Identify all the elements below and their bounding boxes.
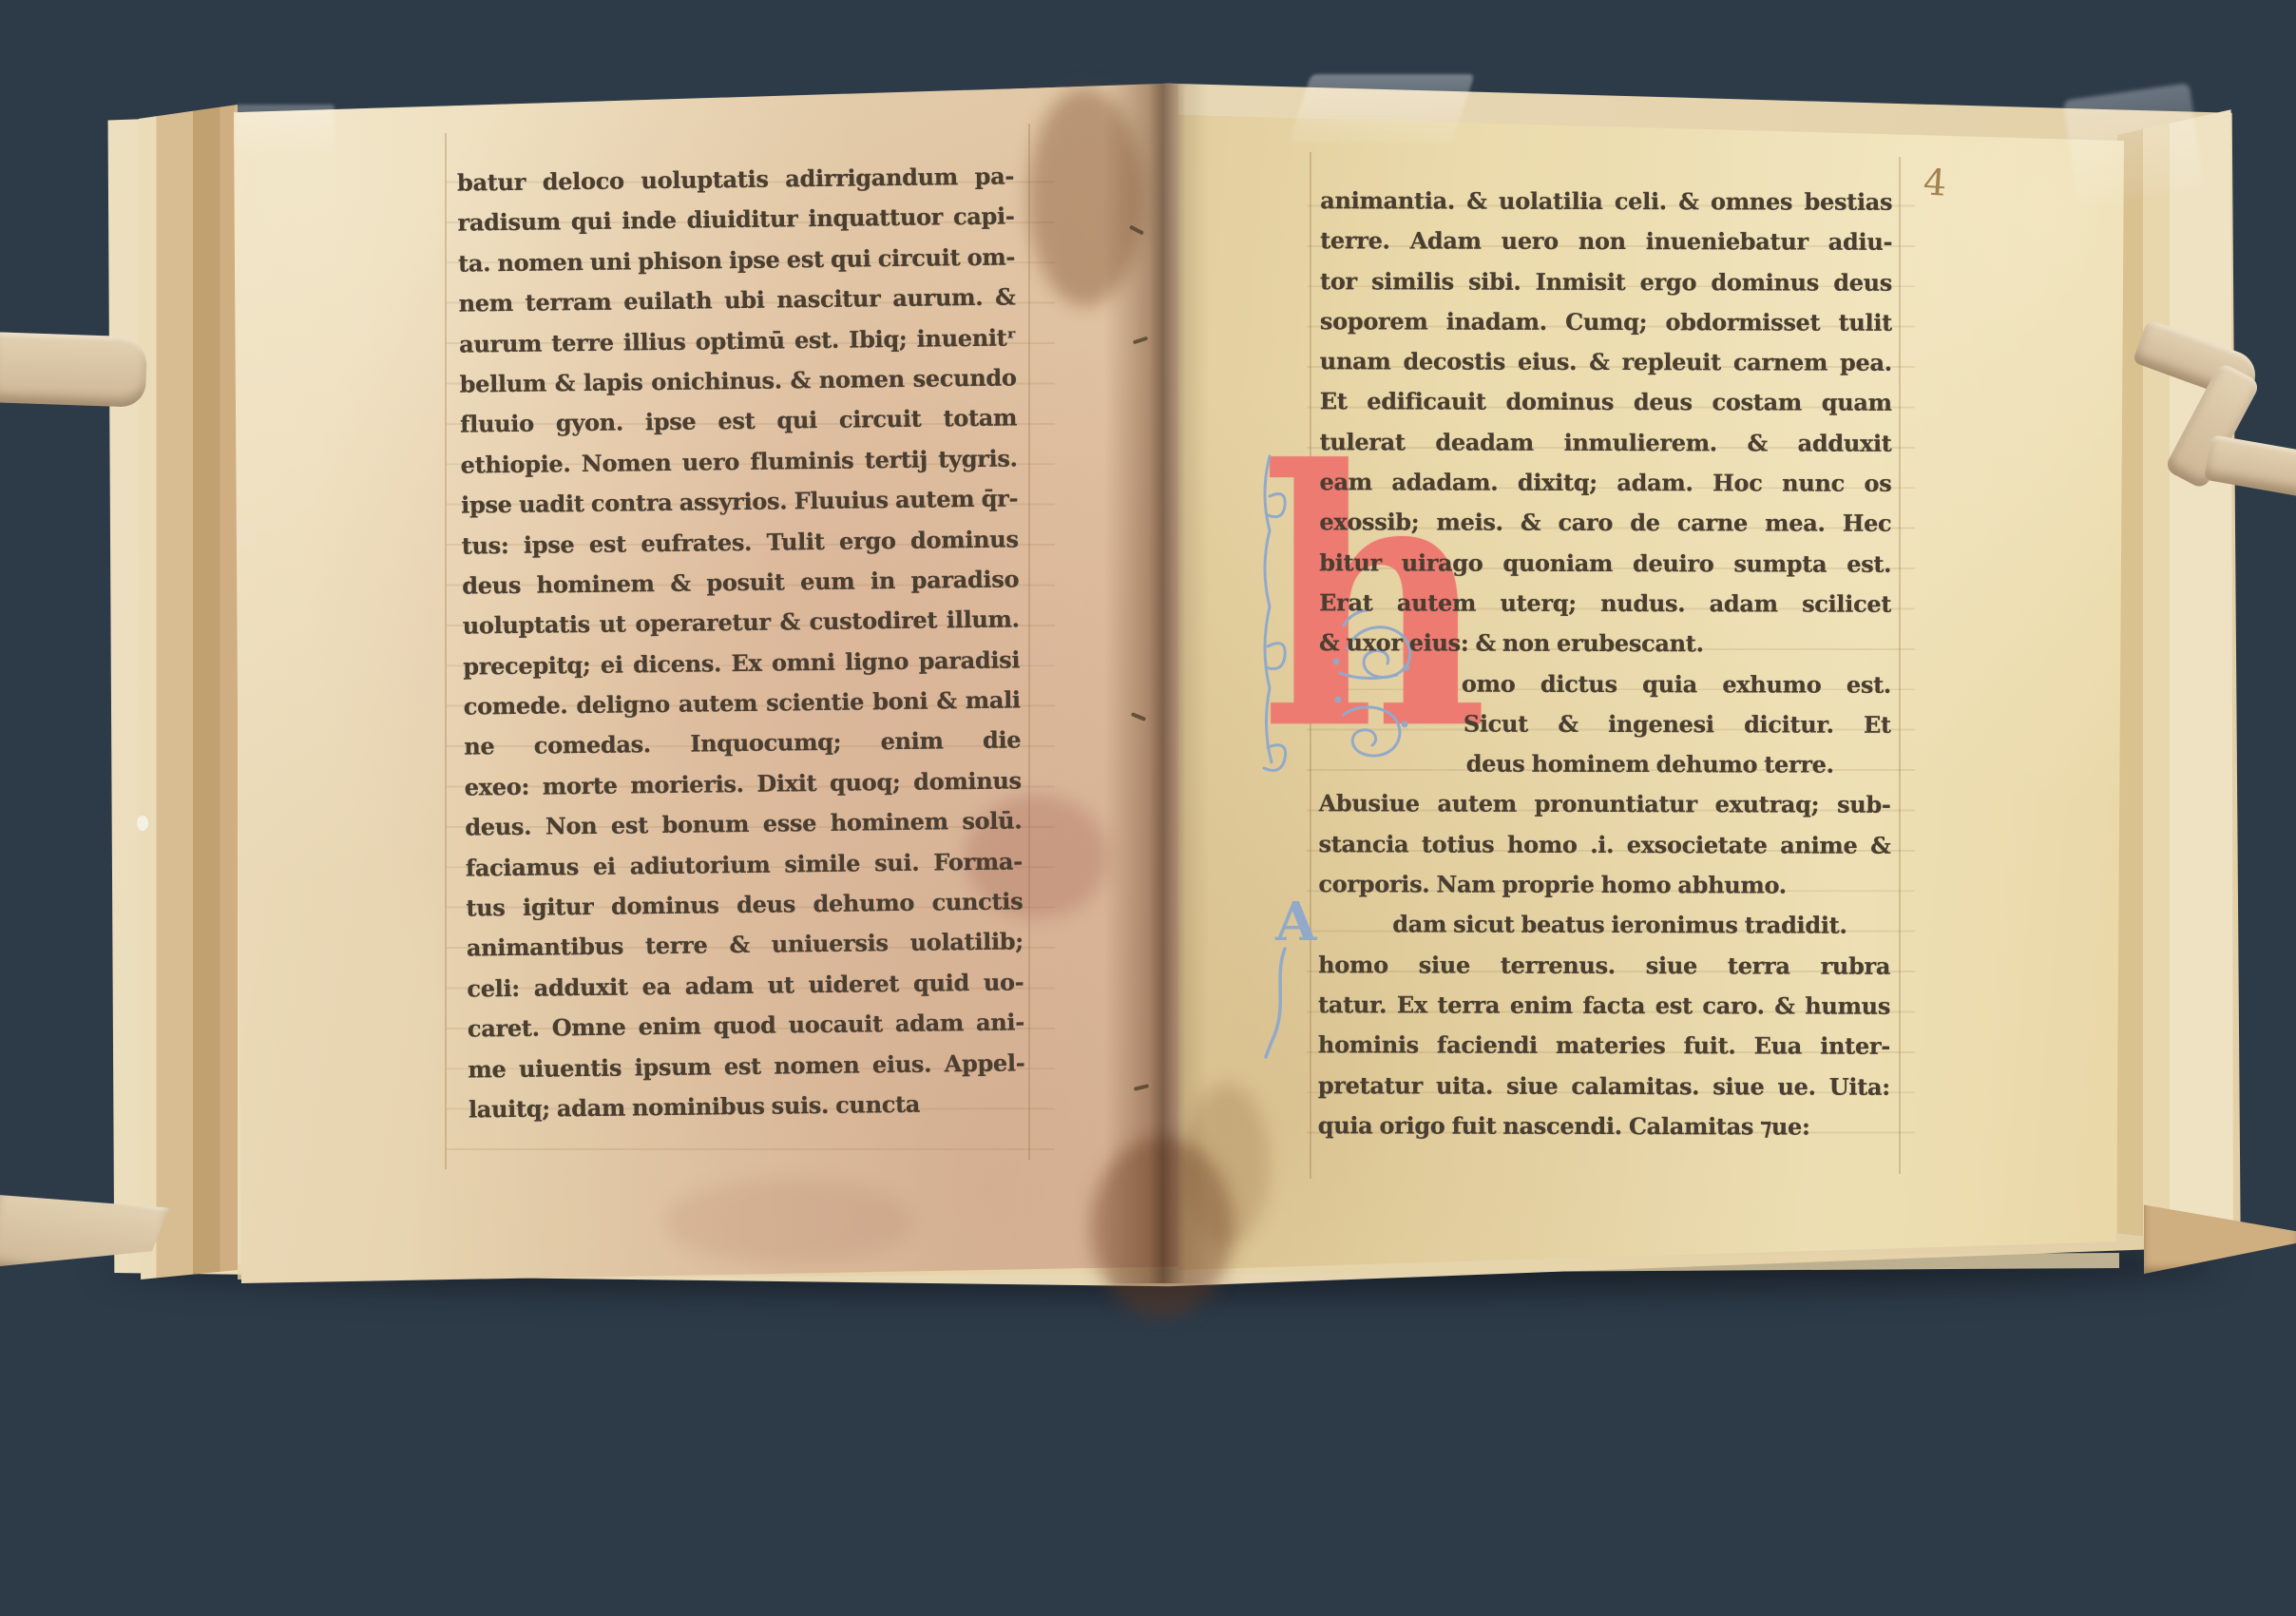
text-line: soporem inadam. Cumq; obdormisset tulit (1320, 301, 1892, 343)
text-line: lauitq; adam nominibus suis. cuncta (469, 1083, 1025, 1130)
text-line: tulerat deadam inmulierem. & adduxit (1320, 422, 1892, 464)
margin-line (1899, 157, 1901, 1174)
text-line: terre. Adam uero non inueniebatur adiu- (1320, 221, 1892, 263)
text-line: caret. Omne enim quod uocauit adam ani- (468, 1003, 1024, 1050)
text-line: batur deloco uoluptatis adirrigandum pa- (457, 156, 1014, 203)
text-line: ta. nomen uni phison ipse est qui circui… (458, 237, 1015, 284)
page-edge-spot (137, 816, 148, 831)
margin-line (1028, 124, 1030, 1160)
binding-strap-top-left (0, 332, 147, 408)
text-line: bitur uirago quoniam deuiro sumpta est. (1319, 543, 1891, 585)
text-line: stancia totius homo .i. exsocietate anim… (1318, 824, 1890, 866)
text-line: exeo: morte morieris. Dixit quoq; dominu… (465, 760, 1022, 808)
text-line: comede. deligno autem scientie boni & ma… (464, 680, 1021, 727)
text-line: Sicut & ingenesi dicitur. Et creauit (1464, 703, 1891, 744)
text-line: precepitq; ei dicens. Ex omni ligno para… (463, 640, 1020, 687)
text-line: nem terram euilath ubi nascitur aurum. & (458, 278, 1015, 325)
text-line: uoluptatis ut operaretur & custodiret il… (463, 600, 1020, 647)
manuscript-photo: 4 h A batur deloco uoluptatis adirrigand… (0, 0, 2296, 1616)
text-line: bellum & lapis onichinus. & nomen secund… (459, 357, 1016, 405)
text-line: tatur. Ex terra enim facta est caro. & h… (1318, 985, 1890, 1027)
text-line: deus hominem & posuit eum in paradiso (462, 559, 1019, 606)
text-line: dam sicut beatus ieronimus tradidit. (1392, 905, 1890, 947)
text-line: Erat autem uterq; nudus. adam scilicet (1319, 583, 1891, 625)
text-line: faciamus ei adiutorium simile sui. Forma… (466, 841, 1023, 889)
plastic-film (2063, 83, 2204, 206)
text-line: pretatur uita. siue calamitas. siue ue. … (1318, 1066, 1890, 1107)
text-line: animantibus terre & uniuersis uolatilib; (467, 922, 1024, 970)
parchment-stain (665, 1179, 912, 1264)
plastic-film (1289, 74, 1474, 143)
text-line: me uiuentis ipsum est nomen eius. Appel- (468, 1043, 1024, 1090)
text-line: omo dictus quia exhumo est. factus. (1462, 664, 1891, 704)
text-line: deus hominem dehumo terre. (1466, 744, 1891, 785)
text-line: fluuio gyon. ipse est qui circuit totam … (460, 398, 1017, 446)
right-page-text: animantia. & uolatilia celi. & omnes bes… (1318, 181, 1893, 1147)
margin-line (445, 133, 447, 1169)
text-line: aurum terre illius optimū est. Ibiq; inu… (459, 317, 1016, 365)
left-page-text: batur deloco uoluptatis adirrigandum pa-… (457, 156, 1025, 1129)
text-line: homo siue terrenus. siue terra rubra int… (1318, 945, 1890, 987)
text-line: corporis. Nam proprie homo abhumo. (1318, 864, 1890, 906)
text-line: tus igitur dominus deus dehumo cunctis (466, 881, 1023, 929)
text-line: hominis faciendi materies fuit. Eua inte… (1318, 1025, 1890, 1067)
text-line: unam decostis eius. & repleuit carnem pe… (1320, 341, 1892, 383)
text-line: ethiopie. Nomen uero fluminis tertij tyg… (460, 438, 1017, 486)
text-line: tor similis sibi. Inmisit ergo dominus d… (1320, 261, 1892, 303)
text-line: Et edificauit dominus deus costam quam (1320, 382, 1892, 424)
page-stack-right-edge (2117, 103, 2233, 1259)
text-line: exossib; meis. & caro de carne mea. Hec … (1319, 503, 1891, 545)
text-line: eam adadam. dixitq; adam. Hoc nunc os (1319, 462, 1891, 504)
page-stack-left-edge (139, 95, 238, 1279)
text-line: radisum qui inde diuiditur inquattuor ca… (457, 197, 1014, 244)
text-line: celi: adduxit ea adam ut uideret quid uo… (467, 962, 1024, 1010)
text-line: & uxor eius: & non erubescant. (1319, 623, 1891, 664)
blue-initial-a: A (1275, 895, 1316, 949)
gutter-shadow (1104, 84, 1209, 1283)
text-line: ne comedas. Inquocumq; enim die comederi… (464, 721, 1021, 768)
repair-tape (236, 105, 335, 154)
text-line: tus: ipse est eufrates. Tulit ergo domin… (461, 519, 1018, 567)
text-line: animantia. & uolatilia celi. & omnes bes… (1320, 181, 1892, 222)
folio-number: 4 (1922, 161, 1947, 204)
text-line: ipse uadit contra assyrios. Fluuius aute… (461, 479, 1018, 527)
text-line: Abusiue autem pronuntiatur exutraq; sub- (1319, 784, 1891, 826)
text-line: quia origo fuit nascendi. Calamitas ⁊ue: (1318, 1106, 1890, 1147)
text-line: deus. Non est bonum esse hominem solū. (465, 801, 1022, 849)
